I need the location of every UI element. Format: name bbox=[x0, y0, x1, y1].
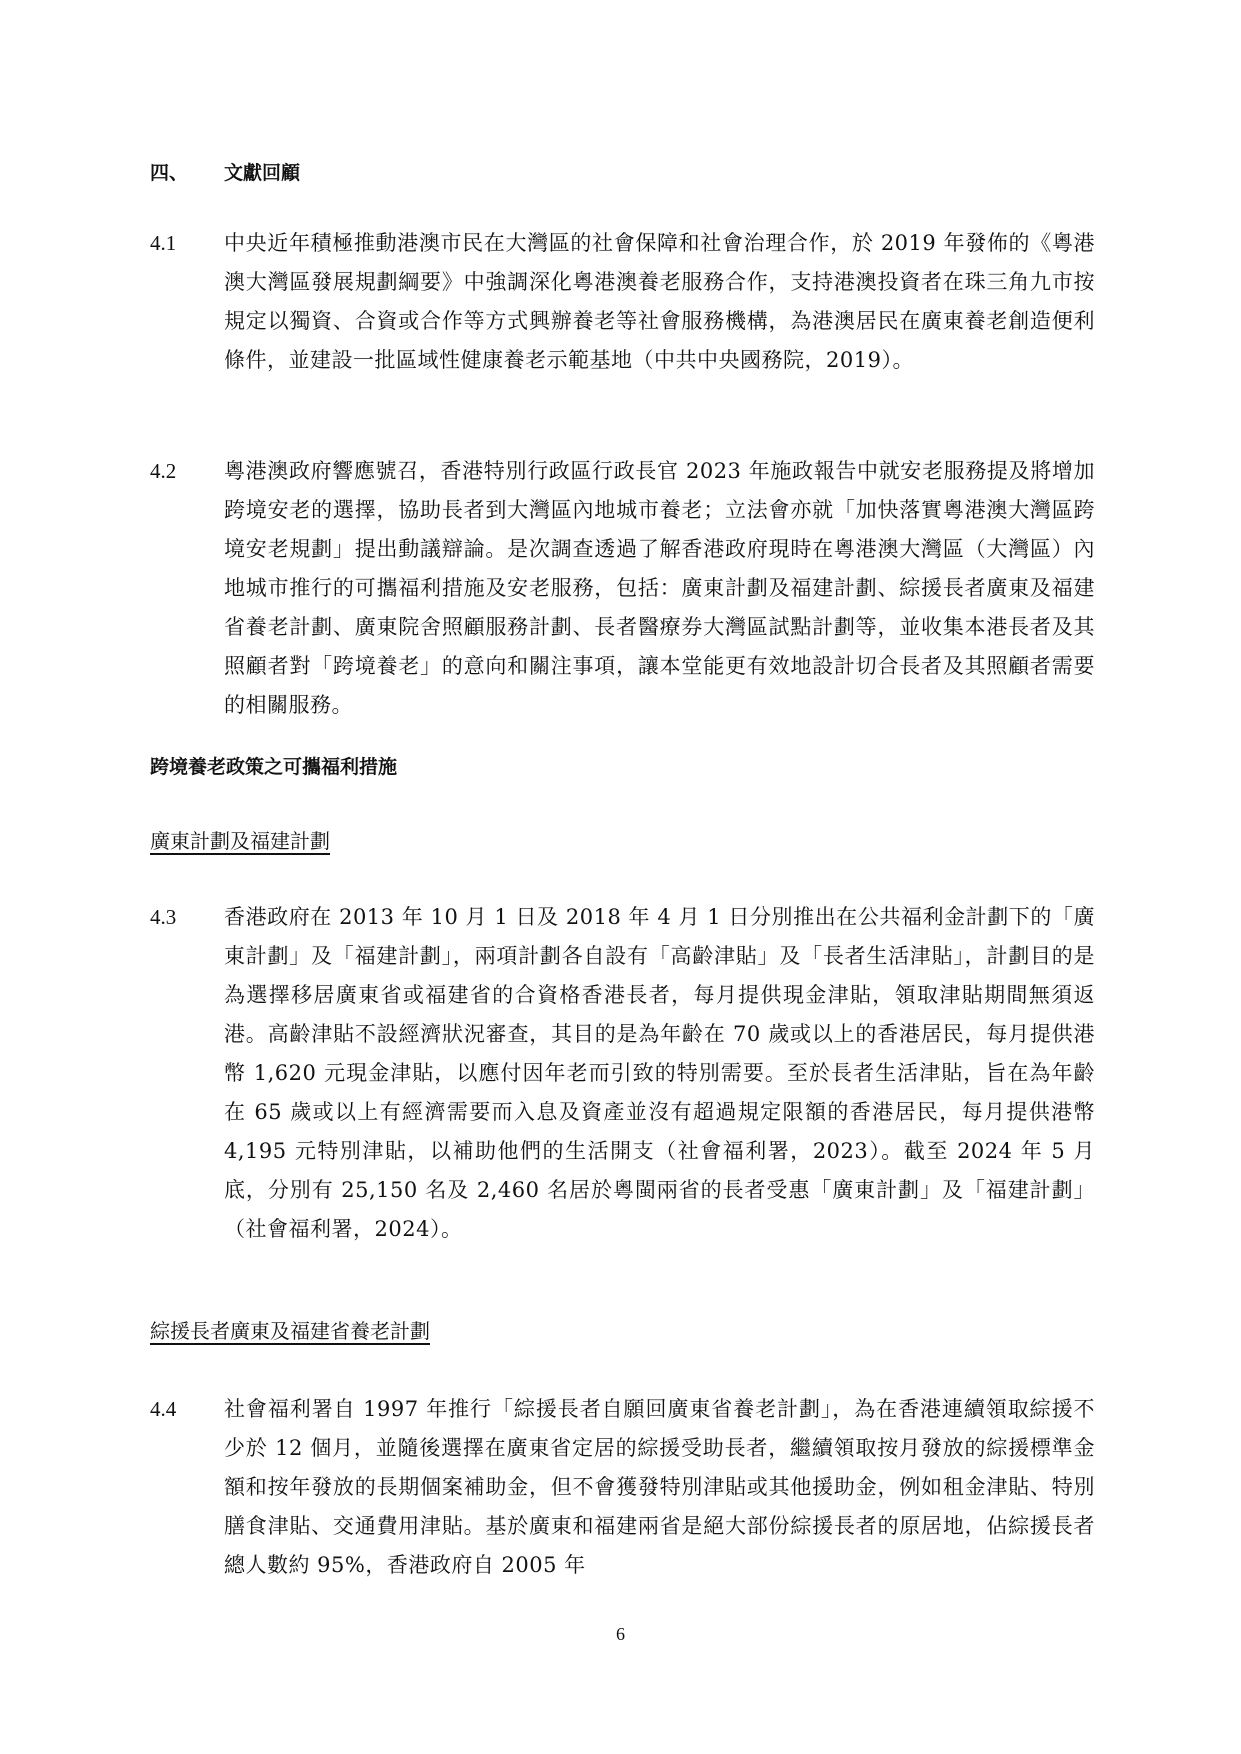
paragraph-4-3: 4.3 香港政府在 2013 年 10 月 1 日及 2018 年 4 月 1 … bbox=[150, 898, 1095, 1249]
subheading-portable-benefits: 跨境養老政策之可攜福利措施 bbox=[150, 752, 397, 779]
paragraph-number: 4.2 bbox=[150, 452, 224, 725]
paragraph-4-4: 4.4 社會福利署自 1997 年推行「綜援長者自願回廣東省養老計劃」，為在香港… bbox=[150, 1390, 1095, 1585]
paragraph-text: 社會福利署自 1997 年推行「綜援長者自願回廣東省養老計劃」，為在香港連續領取… bbox=[224, 1390, 1095, 1585]
paragraph-number: 4.3 bbox=[150, 898, 224, 1249]
paragraph-text: 香港政府在 2013 年 10 月 1 日及 2018 年 4 月 1 日分別推… bbox=[224, 898, 1095, 1249]
paragraph-4-2: 4.2 粵港澳政府響應號召，香港特別行政區行政長官 2023 年施政報告中就安老… bbox=[150, 452, 1095, 725]
section-title: 文獻回顧 bbox=[224, 158, 300, 185]
subheading-gd-fj-scheme: 廣東計劃及福建計劃 bbox=[150, 825, 330, 854]
document-page: 四、 文獻回顧 4.1 中央近年積極推動港澳市民在大灣區的社會保障和社會治理合作… bbox=[0, 0, 1241, 1754]
section-number: 四、 bbox=[150, 158, 224, 185]
subheading-cssa-scheme: 綜援長者廣東及福建省養老計劃 bbox=[150, 1315, 430, 1344]
paragraph-4-1: 4.1 中央近年積極推動港澳市民在大灣區的社會保障和社會治理合作，於 2019 … bbox=[150, 224, 1095, 380]
paragraph-text: 粵港澳政府響應號召，香港特別行政區行政長官 2023 年施政報告中就安老服務提及… bbox=[224, 452, 1095, 725]
paragraph-text: 中央近年積極推動港澳市民在大灣區的社會保障和社會治理合作，於 2019 年發佈的… bbox=[224, 224, 1095, 380]
paragraph-number: 4.4 bbox=[150, 1390, 224, 1585]
section-heading: 四、 文獻回顧 bbox=[150, 158, 300, 185]
paragraph-number: 4.1 bbox=[150, 224, 224, 380]
page-number: 6 bbox=[0, 1624, 1241, 1645]
